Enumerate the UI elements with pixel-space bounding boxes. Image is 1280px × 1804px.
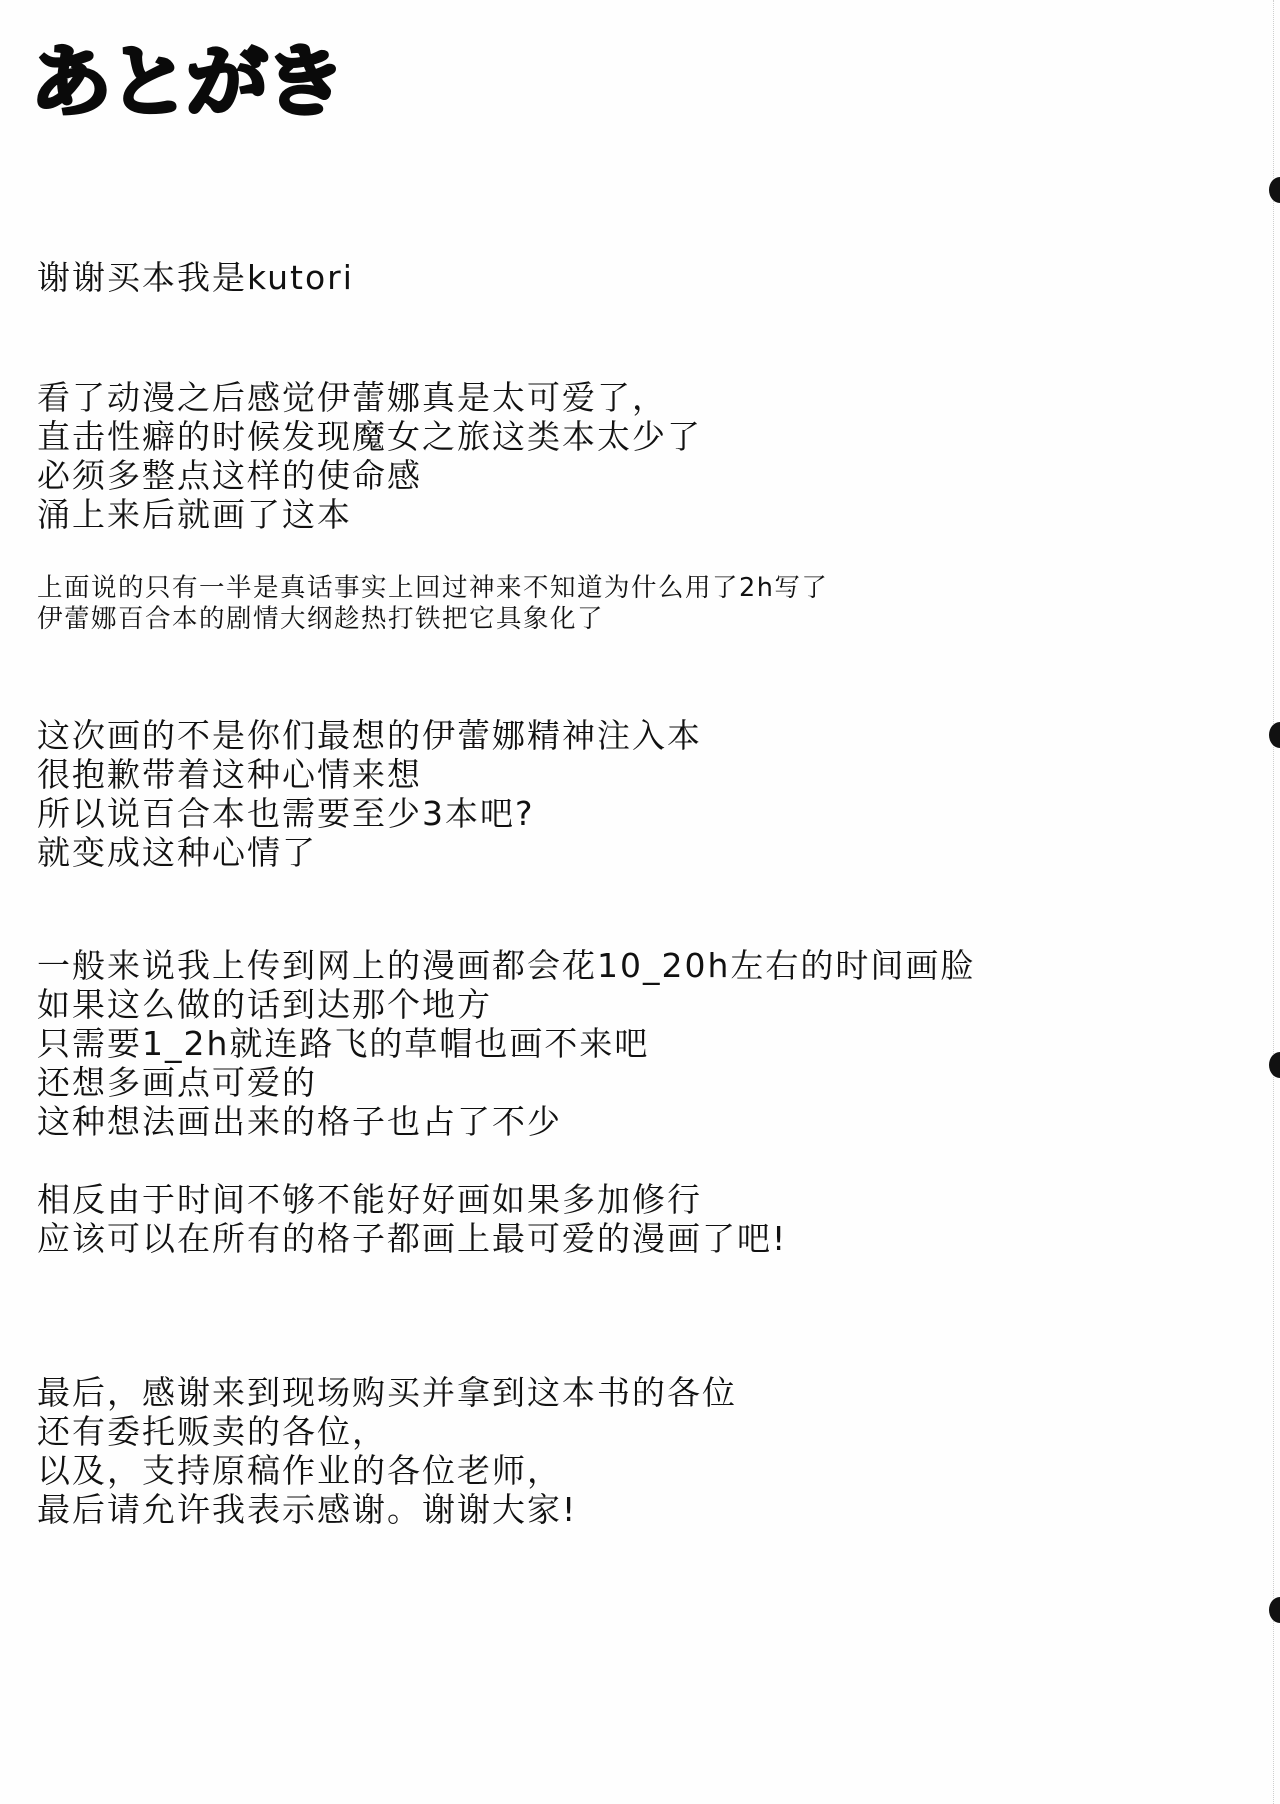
text-line: 谢谢买本我是kutori [37, 258, 354, 297]
text-line: 直击性癖的时候发现魔女之旅这类本太少了 [37, 417, 702, 456]
paragraph-apology: 这次画的不是你们最想的伊蕾娜精神注入本 很抱歉带着这种心情来想 所以说百合本也需… [37, 716, 702, 872]
text-line: 还想多画点可爱的 [37, 1063, 975, 1102]
afterword-page: あとがき 谢谢买本我是kutori 看了动漫之后感觉伊蕾娜真是太可爱了， 直击性… [0, 0, 1280, 1804]
text-line: 这次画的不是你们最想的伊蕾娜精神注入本 [37, 716, 702, 755]
text-line: 最后请允许我表示感谢。谢谢大家! [37, 1490, 737, 1529]
text-line: 还有委托贩卖的各位， [37, 1412, 737, 1451]
text-line: 上面说的只有一半是真话事实上回过神来不知道为什么用了2h写了 [37, 573, 828, 604]
paragraph-motivation: 看了动漫之后感觉伊蕾娜真是太可爱了， 直击性癖的时候发现魔女之旅这类本太少了 必… [37, 378, 702, 534]
text-line: 这种想法画出来的格子也占了不少 [37, 1102, 975, 1141]
text-line: 伊蕾娜百合本的剧情大纲趁热打铁把它具象化了 [37, 604, 828, 635]
text-line: 应该可以在所有的格子都画上最可爱的漫画了吧! [37, 1219, 787, 1258]
paragraph-thanks: 最后，感谢来到现场购买并拿到这本书的各位 还有委托贩卖的各位， 以及，支持原稿作… [37, 1373, 737, 1529]
paragraph-aside: 上面说的只有一半是真话事实上回过神来不知道为什么用了2h写了 伊蕾娜百合本的剧情… [37, 573, 828, 635]
text-line: 就变成这种心情了 [37, 833, 702, 872]
text-line: 必须多整点这样的使命感 [37, 456, 702, 495]
page-title: あとがき [30, 44, 342, 122]
paragraph-reflection: 相反由于时间不够不能好好画如果多加修行 应该可以在所有的格子都画上最可爱的漫画了… [37, 1180, 787, 1258]
text-line: 涌上来后就画了这本 [37, 495, 702, 534]
binding-dot-icon [1269, 1597, 1280, 1623]
text-line: 一般来说我上传到网上的漫画都会花10_20h左右的时间画脸 [37, 946, 975, 985]
paragraph-greeting: 谢谢买本我是kutori [37, 258, 354, 297]
text-line: 看了动漫之后感觉伊蕾娜真是太可爱了， [37, 378, 702, 417]
text-line: 相反由于时间不够不能好好画如果多加修行 [37, 1180, 787, 1219]
text-line: 如果这么做的话到达那个地方 [37, 985, 975, 1024]
text-line: 以及，支持原稿作业的各位老师， [37, 1451, 737, 1490]
binding-dot-icon [1269, 1052, 1280, 1078]
binding-dot-icon [1269, 177, 1280, 203]
binding-dot-icon [1269, 722, 1280, 748]
text-line: 所以说百合本也需要至少3本吧? [37, 794, 702, 833]
binding-edge [1273, 0, 1280, 1804]
paragraph-process: 一般来说我上传到网上的漫画都会花10_20h左右的时间画脸 如果这么做的话到达那… [37, 946, 975, 1141]
text-line: 最后，感谢来到现场购买并拿到这本书的各位 [37, 1373, 737, 1412]
text-line: 很抱歉带着这种心情来想 [37, 755, 702, 794]
text-line: 只需要1_2h就连路飞的草帽也画不来吧 [37, 1024, 975, 1063]
